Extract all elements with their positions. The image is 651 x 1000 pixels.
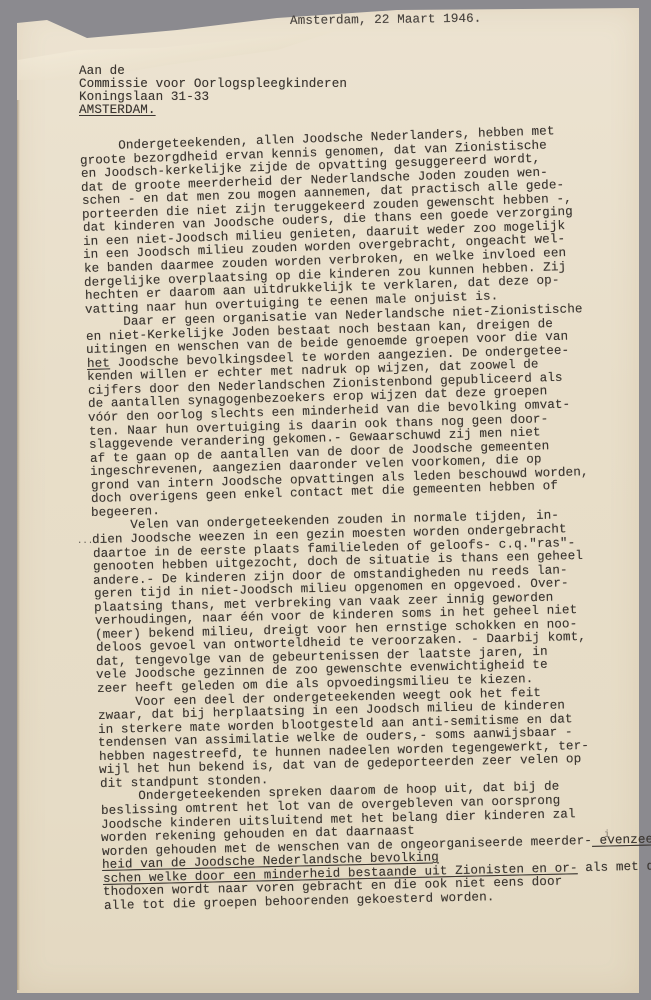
margin-pencil-mark: i	[604, 830, 610, 841]
recipient-street: Koningslaan 31-33	[79, 90, 209, 104]
recipient-organisation: Commissie voor Oorlogspleegkinderen	[79, 77, 347, 91]
margin-annotation: ...	[77, 536, 93, 546]
recipient-city: AMSTERDAM.	[79, 103, 156, 117]
recipient-line-1: Aan de	[79, 64, 125, 78]
paper-edge-shadow	[17, 100, 20, 990]
date-line: Amsterdam, 22 Maart 1946.	[290, 12, 482, 28]
